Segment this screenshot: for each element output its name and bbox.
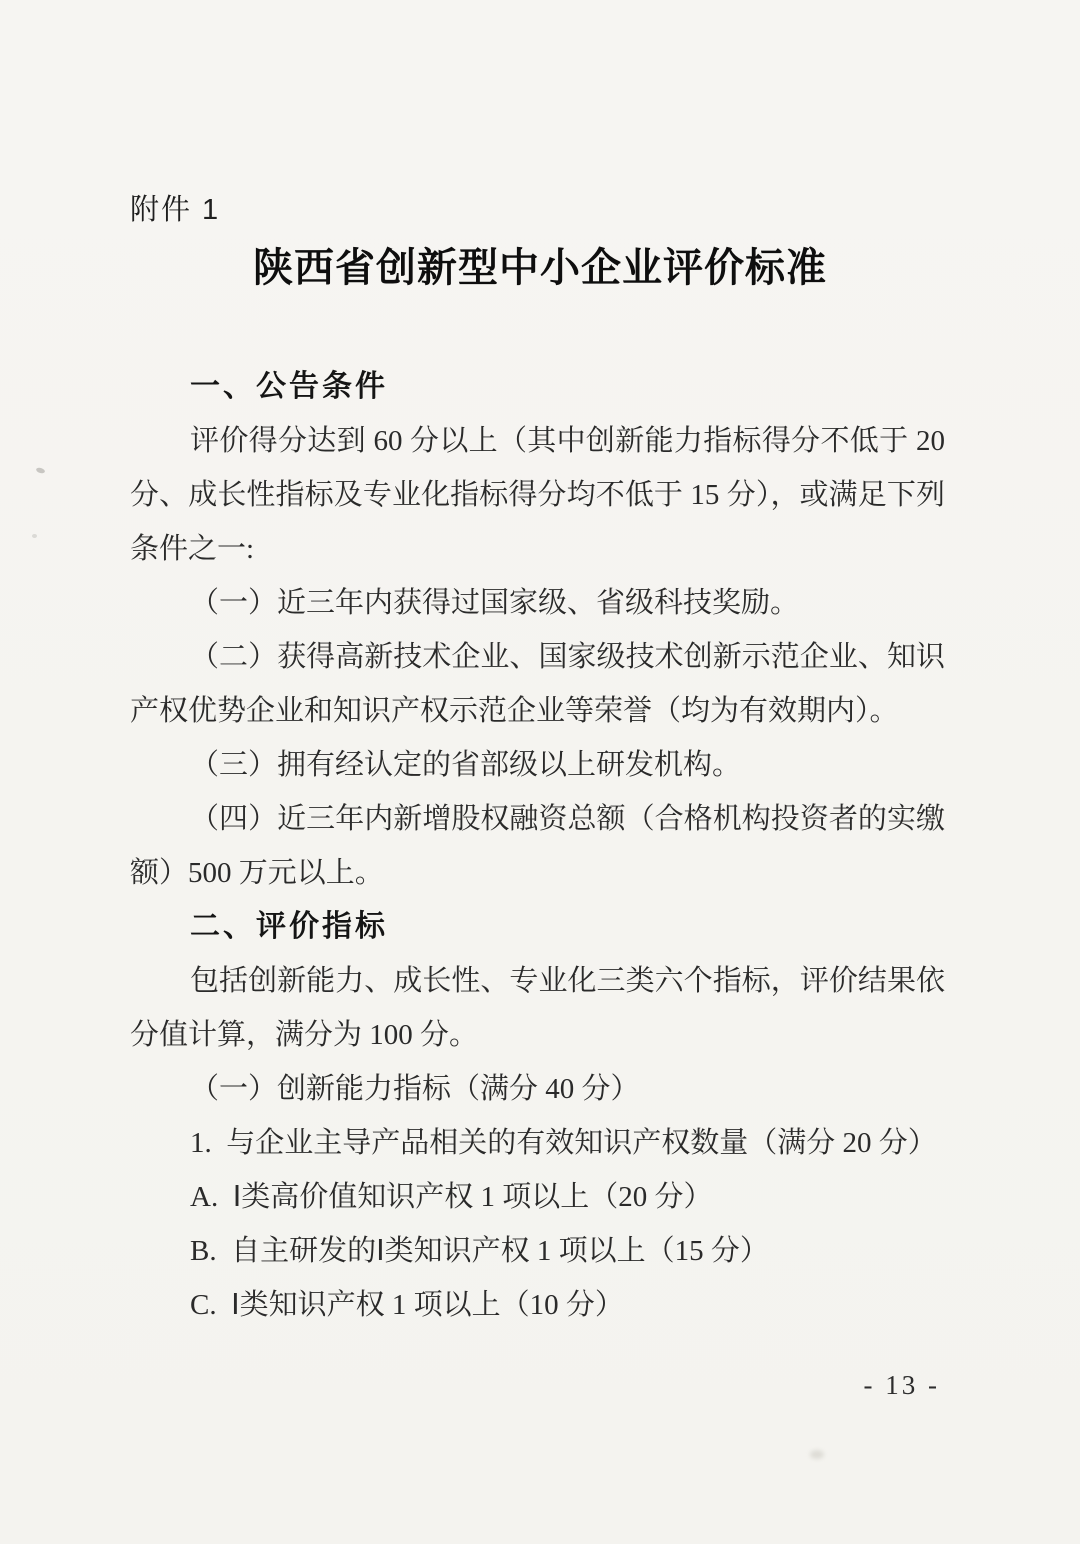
body-line: 额）500 万元以上。	[130, 846, 945, 900]
page-number: - 13 -	[864, 1370, 940, 1401]
body-line: 评价得分达到 60 分以上（其中创新能力指标得分不低于 20	[130, 414, 945, 468]
condition-item-1: （一）近三年内获得过国家级、省级科技奖励。	[130, 576, 945, 630]
condition-item-2: （二）获得高新技术企业、国家级技术创新示范企业、知识	[130, 630, 945, 684]
option-item-a: A. Ⅰ类高价值知识产权 1 项以上（20 分）	[130, 1170, 945, 1224]
body-line: 分、成长性指标及专业化指标得分均不低于 15 分），或满足下列	[130, 468, 945, 522]
attachment-label: 附件 1	[130, 192, 220, 228]
condition-item-4: （四）近三年内新增股权融资总额（合格机构投资者的实缴	[130, 792, 945, 846]
body-line: 分值计算，满分为 100 分。	[130, 1008, 945, 1062]
heading-announcement-conditions: 一、公告条件	[130, 360, 945, 414]
document-title: 陕西省创新型中小企业评价标准	[0, 242, 1080, 294]
scan-artifact	[810, 1450, 824, 1459]
scan-artifact	[32, 534, 37, 538]
option-item-b: B. 自主研发的Ⅰ类知识产权 1 项以上（15 分）	[130, 1224, 945, 1278]
subheading-innovation-capability: （一）创新能力指标（满分 40 分）	[130, 1062, 945, 1116]
indicator-item-1: 1. 与企业主导产品相关的有效知识产权数量（满分 20 分）	[130, 1116, 945, 1170]
scan-artifact	[35, 467, 45, 475]
document-body: 一、公告条件 评价得分达到 60 分以上（其中创新能力指标得分不低于 20 分、…	[130, 360, 945, 1332]
heading-evaluation-indicators: 二、评价指标	[130, 900, 945, 954]
body-line: 条件之一:	[130, 522, 945, 576]
condition-item-3: （三）拥有经认定的省部级以上研发机构。	[130, 738, 945, 792]
option-item-c: C. Ⅰ类知识产权 1 项以上（10 分）	[130, 1278, 945, 1332]
body-line: 包括创新能力、成长性、专业化三类六个指标，评价结果依	[130, 954, 945, 1008]
body-line: 产权优势企业和知识产权示范企业等荣誉（均为有效期内）。	[130, 684, 945, 738]
document-page: 附件 1 陕西省创新型中小企业评价标准 一、公告条件 评价得分达到 60 分以上…	[0, 0, 1080, 1544]
